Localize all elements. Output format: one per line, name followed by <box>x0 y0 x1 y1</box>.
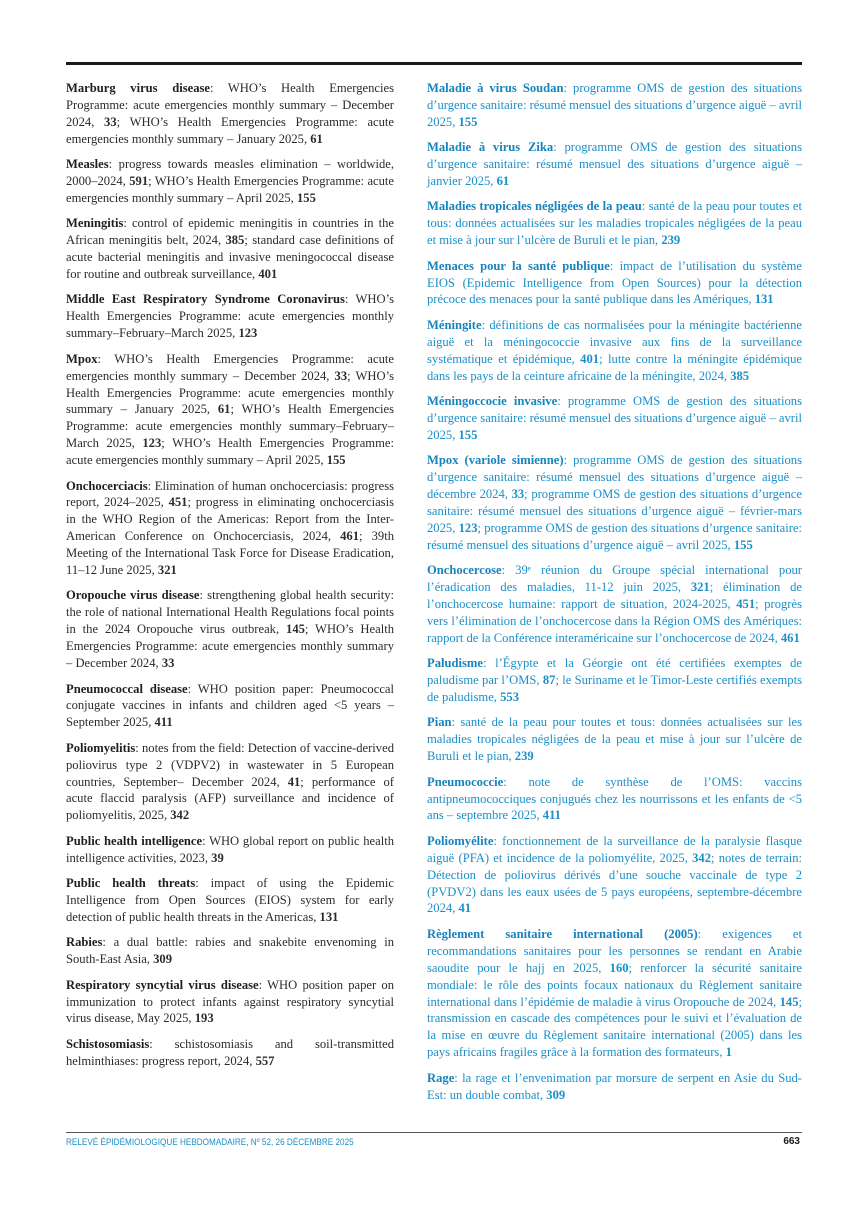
page-reference: 131 <box>320 910 339 924</box>
index-term: Poliomyelitis <box>66 741 135 755</box>
page-reference: 61 <box>218 402 231 416</box>
index-term: Marburg virus disease <box>66 81 210 95</box>
index-entry: Pneumococcie: note de synthèse de l’OMS:… <box>427 774 802 825</box>
index-entry: Onchocercose: 39ᵉ réunion du Groupe spéc… <box>427 562 802 647</box>
term-separator: : <box>109 157 119 171</box>
index-term: Public health threats <box>66 876 195 890</box>
term-separator: : <box>610 259 620 273</box>
page-reference: 401 <box>258 267 277 281</box>
page-number: 663 <box>783 1136 800 1147</box>
index-entry: Schistosomiasis: schistosomiasis and soi… <box>66 1036 394 1070</box>
page-reference: 123 <box>459 521 478 535</box>
page-reference: 61 <box>310 132 323 146</box>
english-index-column: Marburg virus disease: WHO’s Health Emer… <box>66 80 394 1078</box>
index-term: Méningoccocie invasive <box>427 394 557 408</box>
term-separator: : <box>188 682 198 696</box>
term-separator: : <box>564 453 574 467</box>
page-reference: 461 <box>781 631 800 645</box>
french-index-column: Maladie à virus Soudan: programme OMS de… <box>427 80 802 1112</box>
index-entry: Maladie à virus Zika: programme OMS de g… <box>427 139 802 190</box>
index-entry: Paludisme: l’Égypte et la Géorgie ont ét… <box>427 655 802 706</box>
index-term: Maladie à virus Zika <box>427 140 553 154</box>
document-page: Marburg virus disease: WHO’s Health Emer… <box>66 0 802 1227</box>
index-entry: Oropouche virus disease: strengthening g… <box>66 587 394 672</box>
index-term: Rage <box>427 1071 454 1085</box>
index-entry: Marburg virus disease: WHO’s Health Emer… <box>66 80 394 148</box>
page-reference: 41 <box>288 775 301 789</box>
index-term: Pian <box>427 715 452 729</box>
index-description: santé de la peau pour toutes et tous: do… <box>427 715 802 763</box>
page-reference: 411 <box>543 808 561 822</box>
page-reference: 385 <box>730 369 749 383</box>
page-reference: 145 <box>286 622 305 636</box>
page-reference: 309 <box>153 952 172 966</box>
index-term: Middle East Respiratory Syndrome Coronav… <box>66 292 345 306</box>
index-entry: Méningoccocie invasive: programme OMS de… <box>427 393 802 444</box>
index-term: Maladie à virus Soudan <box>427 81 563 95</box>
page-reference: 451 <box>169 495 188 509</box>
term-separator: : <box>149 1037 174 1051</box>
index-entry: Règlement sanitaire international (2005)… <box>427 926 802 1061</box>
index-entry: Pian: santé de la peau pour toutes et to… <box>427 714 802 765</box>
index-entry: Menaces pour la santé publique: impact d… <box>427 258 802 309</box>
page-reference: 41 <box>458 901 471 915</box>
index-entry: Poliomyelitis: notes from the field: Det… <box>66 740 394 825</box>
page-reference: 411 <box>155 715 173 729</box>
page-reference: 155 <box>458 115 477 129</box>
index-term: Respiratory syncytial virus disease <box>66 978 259 992</box>
term-separator: : <box>557 394 568 408</box>
index-entry: Pneumococcal disease: WHO position paper… <box>66 681 394 732</box>
page-reference: 145 <box>780 995 799 1009</box>
term-separator: : <box>493 834 502 848</box>
page-reference: 123 <box>238 326 257 340</box>
page-reference: 33 <box>104 115 117 129</box>
term-separator: : <box>135 741 142 755</box>
page-reference: 160 <box>610 961 629 975</box>
page-reference: 553 <box>500 690 519 704</box>
index-term: Measles <box>66 157 109 171</box>
index-term: Onchocerciacis <box>66 479 148 493</box>
page-reference: 309 <box>546 1088 565 1102</box>
index-entry: Rage: la rage et l’envenimation par mors… <box>427 1070 802 1104</box>
page-reference: 239 <box>515 749 534 763</box>
page-reference: 591 <box>129 174 148 188</box>
page-reference: 557 <box>256 1054 275 1068</box>
index-entry: Maladies tropicales négligées de la peau… <box>427 198 802 249</box>
page-reference: 155 <box>458 428 477 442</box>
page-reference: 1 <box>726 1045 732 1059</box>
term-separator: : <box>97 352 114 366</box>
term-separator: : <box>454 1071 462 1085</box>
index-term: Public health intelligence <box>66 834 202 848</box>
index-term: Mpox (variole simienne) <box>427 453 564 467</box>
page-reference: 193 <box>195 1011 214 1025</box>
index-term: Menaces pour la santé publique <box>427 259 610 273</box>
term-separator: : <box>553 140 564 154</box>
index-term: Paludisme <box>427 656 483 670</box>
footer-rule <box>66 1132 802 1133</box>
page-reference: 401 <box>580 352 599 366</box>
page-reference: 155 <box>297 191 316 205</box>
index-term: Oropouche virus disease <box>66 588 199 602</box>
page-reference: 342 <box>170 808 189 822</box>
page-reference: 321 <box>158 563 177 577</box>
page-reference: 385 <box>225 233 244 247</box>
term-separator: : <box>503 775 528 789</box>
term-separator: : <box>642 199 649 213</box>
top-rule <box>66 62 802 65</box>
page-reference: 131 <box>755 292 774 306</box>
page-reference: 61 <box>497 174 510 188</box>
term-separator: : <box>345 292 356 306</box>
index-entry: Rabies: a dual battle: rabies and snakeb… <box>66 934 394 968</box>
page-reference: 155 <box>734 538 753 552</box>
term-separator: : <box>502 563 516 577</box>
page-reference: 33 <box>162 656 175 670</box>
index-entry: Onchocerciacis: Elimination of human onc… <box>66 478 394 579</box>
term-separator: : <box>563 81 573 95</box>
index-term: Meningitis <box>66 216 123 230</box>
index-term: Maladies tropicales négligées de la peau <box>427 199 642 213</box>
page-reference: 123 <box>142 436 161 450</box>
index-term: Mpox <box>66 352 97 366</box>
page-reference: 321 <box>691 580 710 594</box>
term-separator: : <box>102 935 113 949</box>
index-entry: Mpox: WHO’s Health Emergencies Programme… <box>66 351 394 469</box>
publication-footer: RELEVÉ ÉPIDÉMIOLOGIQUE HEBDOMADAIRE, Nº … <box>66 1137 354 1148</box>
term-separator: : <box>195 876 210 890</box>
index-term: Méningite <box>427 318 482 332</box>
term-separator: : <box>199 588 207 602</box>
index-description: la rage et l’envenimation par morsure de… <box>427 1071 802 1102</box>
index-term: Pneumococcal disease <box>66 682 188 696</box>
page-reference: 451 <box>736 597 755 611</box>
index-term: Pneumococcie <box>427 775 503 789</box>
index-entry: Maladie à virus Soudan: programme OMS de… <box>427 80 802 131</box>
index-term: Onchocercose <box>427 563 502 577</box>
index-term: Schistosomiasis <box>66 1037 149 1051</box>
term-separator: : <box>698 927 723 941</box>
index-entry: Measles: progress towards measles elimin… <box>66 156 394 207</box>
page-reference: 239 <box>661 233 680 247</box>
index-entry: Mpox (variole simienne): programme OMS d… <box>427 452 802 553</box>
index-entry: Middle East Respiratory Syndrome Coronav… <box>66 291 394 342</box>
index-term: Rabies <box>66 935 102 949</box>
term-separator: : <box>483 656 495 670</box>
term-separator: : <box>259 978 268 992</box>
term-separator: : <box>123 216 132 230</box>
index-entry: Public health intelligence: WHO global r… <box>66 833 394 867</box>
index-term: Règlement sanitaire international (2005) <box>427 927 698 941</box>
page-reference: 342 <box>692 851 711 865</box>
index-entry: Meningitis: control of epidemic meningit… <box>66 215 394 283</box>
term-separator: : <box>210 81 228 95</box>
page-reference: 87 <box>543 673 556 687</box>
index-entry: Respiratory syncytial virus disease: WHO… <box>66 977 394 1028</box>
index-description: a dual battle: rabies and snakebite enve… <box>66 935 394 966</box>
index-entry: Poliomyélite: fonctionnement de la surve… <box>427 833 802 918</box>
page-reference: 33 <box>512 487 525 501</box>
index-entry: Public health threats: impact of using t… <box>66 875 394 926</box>
term-separator: : <box>148 479 155 493</box>
page-reference: 39 <box>211 851 224 865</box>
index-term: Poliomyélite <box>427 834 493 848</box>
page-reference: 461 <box>340 529 359 543</box>
index-entry: Méningite: définitions de cas normalisée… <box>427 317 802 385</box>
page-reference: 155 <box>327 453 346 467</box>
page-reference: 33 <box>335 369 348 383</box>
